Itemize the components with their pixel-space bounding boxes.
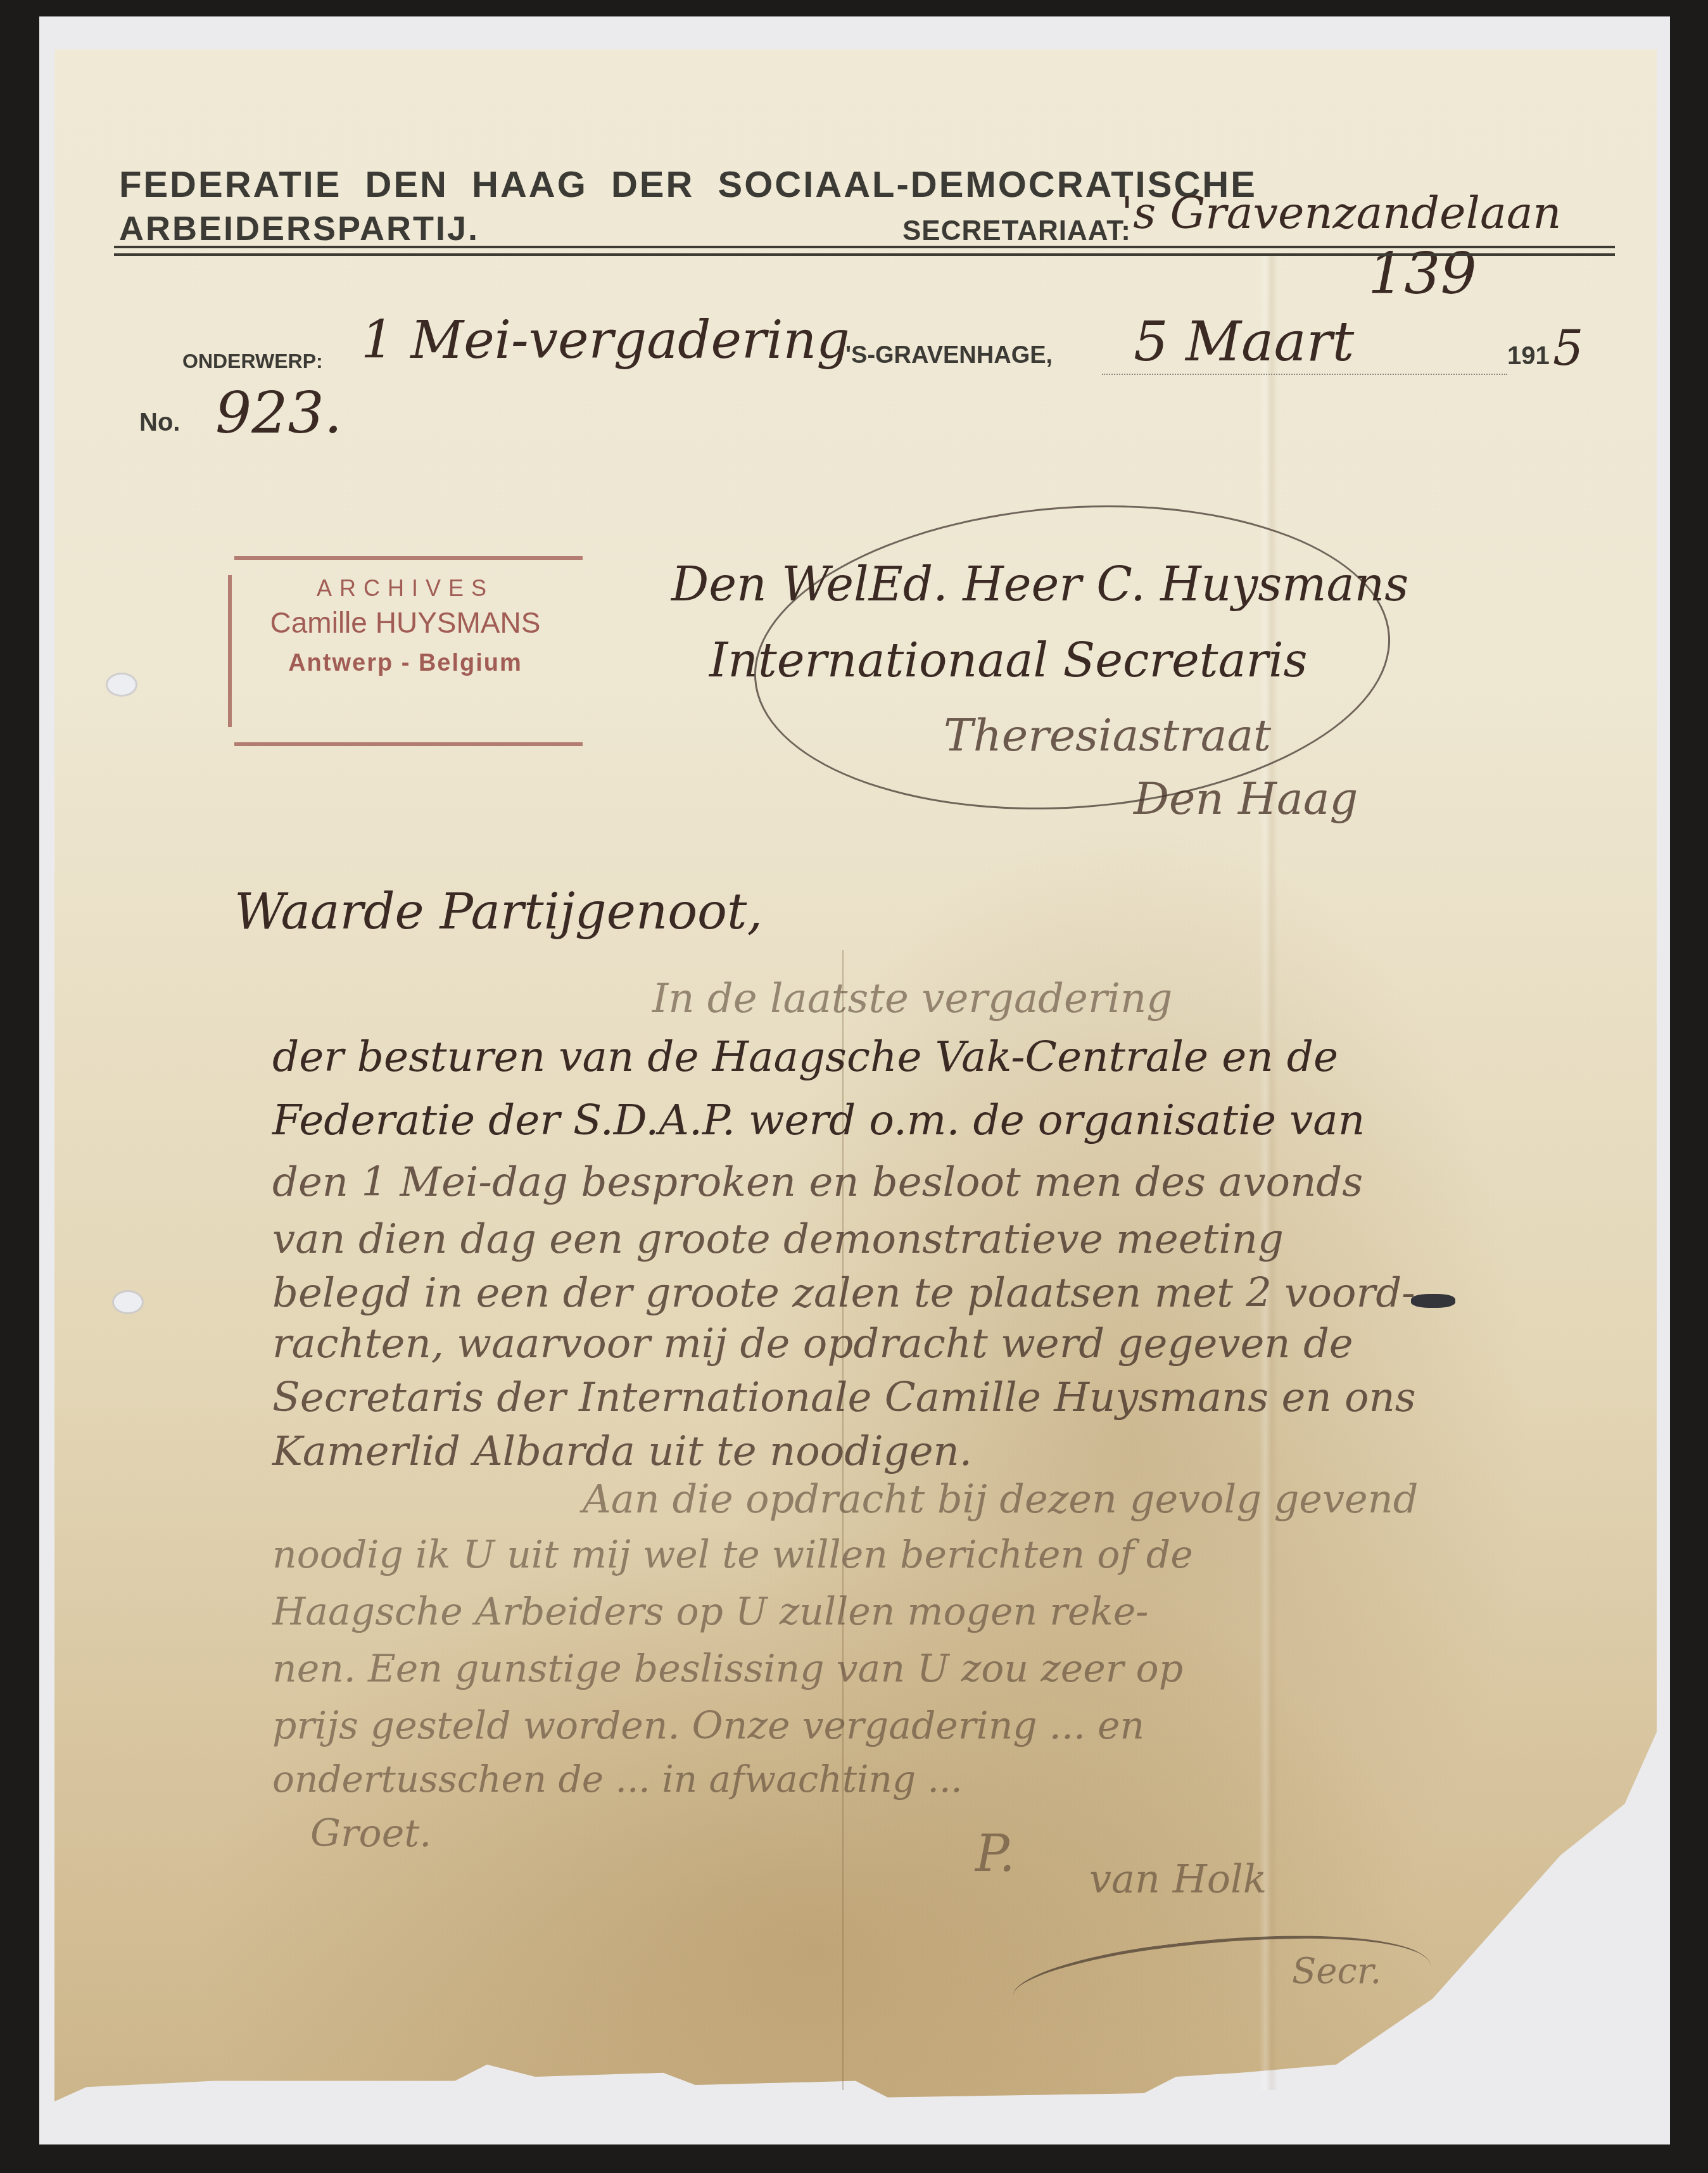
body-line: Secretaris der Internationale Camille Hu…: [272, 1374, 1416, 1421]
punch-hole-top: [108, 675, 136, 695]
body-line: Aan die opdracht bij dezen gevolg gevend: [583, 1476, 1418, 1522]
place-label: 'S-GRAVENHAGE,: [845, 342, 1053, 369]
date-dotted-line: [1102, 374, 1507, 375]
body-line: nen. Een gunstige beslissing van U zou z…: [272, 1647, 1183, 1691]
body-line: noodig ik U uit mij wel te willen berich…: [272, 1533, 1193, 1577]
address-line-3: Theresiastraat: [944, 709, 1271, 761]
number-label: No.: [139, 409, 180, 437]
signature-name: van Holk: [1089, 1856, 1267, 1902]
date-value: 5 Maart: [1134, 310, 1354, 374]
body-line: Groet.: [310, 1811, 431, 1856]
stamp-border-bottom: [234, 742, 583, 746]
stamp-line-1: ARCHIVES: [228, 575, 583, 602]
stamp-border-top: [234, 556, 583, 560]
stamp-line-3: Antwerp - Belgium: [228, 650, 583, 677]
body-line: Haagsche Arbeiders op U zullen mogen rek…: [272, 1590, 1149, 1634]
address-line-4: Den Haag: [1134, 773, 1358, 825]
address-line-2: Internationaal Secretaris: [709, 633, 1308, 688]
letterhead-line-2: ARBEIDERSPARTIJ.: [119, 209, 479, 248]
body-line: Federatie der S.D.A.P. werd o.m. de orga…: [272, 1096, 1365, 1144]
letterhead-rule-top: [114, 246, 1615, 248]
signature-prefix: P.: [975, 1824, 1015, 1883]
body-line: rachten, waarvoor mij de opdracht werd g…: [272, 1321, 1353, 1367]
body-line: Kamerlid Albarda uit te noodigen.: [272, 1428, 972, 1475]
body-line: prijs gesteld worden. Onze vergadering .…: [272, 1704, 1144, 1748]
secretariat-label: SECRETARIAAT:: [902, 215, 1131, 247]
subject-label: ONDERWERP:: [182, 350, 323, 373]
archive-stamp: ARCHIVES Camille HUYSMANS Antwerp - Belg…: [228, 556, 583, 746]
body-line: belegd in een der groote zalen te plaats…: [272, 1270, 1415, 1317]
body-line: der besturen van de Haagsche Vak-Central…: [272, 1032, 1338, 1081]
year-printed: 191: [1507, 342, 1550, 371]
letterhead-rule-bottom: [114, 253, 1615, 256]
subject-value: 1 Mei-vergadering: [361, 310, 850, 371]
secretariat-number: 139: [1368, 241, 1477, 307]
ink-blot: [1411, 1294, 1455, 1308]
salutation: Waarde Partijgenoot,: [234, 884, 762, 941]
letterhead-line-1: FEDERATIE DEN HAAG DER SOCIAAL-DEMOCRATI…: [119, 163, 1257, 206]
punch-hole-bottom: [114, 1292, 142, 1312]
stamp-line-2: Camille HUYSMANS: [228, 605, 583, 640]
secretariat-address: 's Gravenzandelaan: [1121, 187, 1561, 239]
address-line-1: Den WelEd. Heer C. Huysmans: [671, 557, 1408, 612]
body-line: den 1 Mei-dag besproken en besloot men d…: [272, 1159, 1363, 1206]
signature-title: Secr.: [1292, 1951, 1381, 1992]
number-value: 923.: [215, 380, 342, 447]
body-line: ondertusschen de ... in afwachting ...: [272, 1758, 963, 1801]
body-line: In de laatste vergadering: [652, 975, 1172, 1022]
year-handwritten-digit: 5: [1553, 320, 1583, 376]
body-line: van dien dag een groote demonstratieve m…: [272, 1216, 1284, 1263]
